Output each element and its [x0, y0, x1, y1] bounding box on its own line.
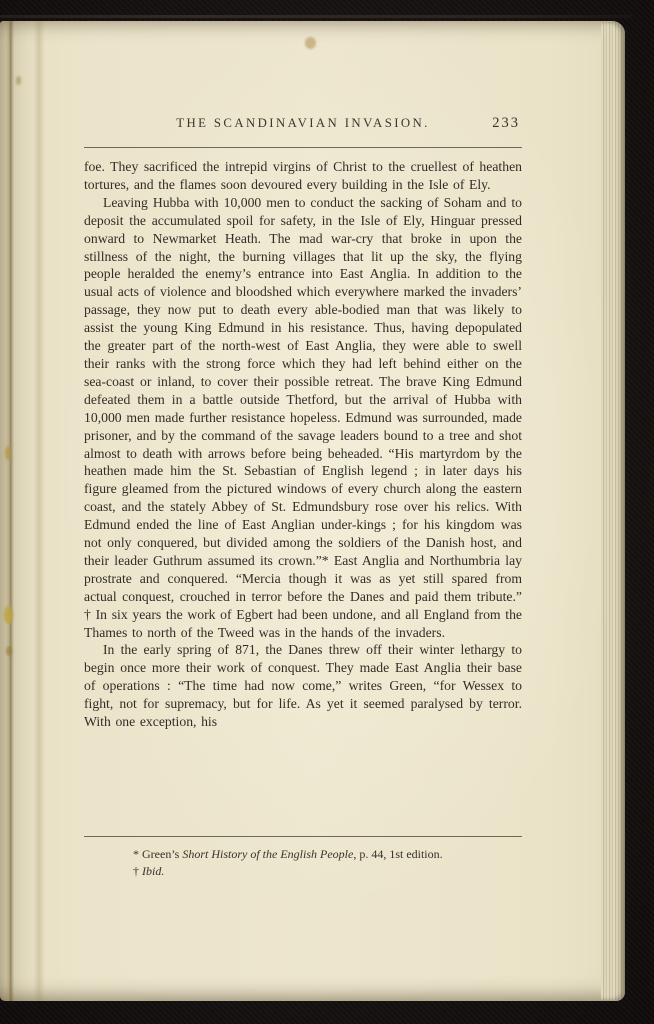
footnote-rule — [84, 836, 522, 837]
page-spot — [16, 76, 21, 85]
body-text: foe. They sacrificed the intrepid virgin… — [84, 158, 522, 822]
footnote-1: * Green’s Short History of the English P… — [133, 846, 522, 863]
footnote-italic-title: Short History of the English People — [182, 847, 353, 861]
cover-edge-ridge — [0, 15, 632, 18]
paragraph-2: Leaving Hubba with 10,000 men to conduct… — [84, 194, 522, 642]
page-crease-left — [6, 21, 14, 1001]
header-rule — [84, 147, 522, 148]
page-stain — [305, 37, 316, 49]
page-content: THE SCANDINAVIAN INVASION. 233 foe. They… — [84, 115, 522, 880]
footnote-text: , p. 44, 1st edition. — [353, 847, 442, 861]
page-spot — [4, 606, 13, 624]
paragraph-1: foe. They sacrificed the intrepid virgin… — [84, 158, 522, 194]
footnote-2: † Ibid. — [133, 863, 522, 880]
page-spot — [5, 446, 11, 460]
page-spot — [6, 646, 12, 656]
page-stack-edge — [601, 22, 625, 1000]
page-crease-inner — [33, 21, 45, 1001]
footnote-italic-title: Ibid. — [142, 864, 164, 878]
paragraph-3: In the early spring of 871, the Danes th… — [84, 641, 522, 731]
page-number: 233 — [492, 115, 520, 132]
footnote-text: Green’s — [139, 847, 182, 861]
page-header: THE SCANDINAVIAN INVASION. 233 — [84, 115, 522, 132]
header-title: THE SCANDINAVIAN INVASION. — [84, 115, 522, 132]
footnotes: * Green’s Short History of the English P… — [84, 846, 522, 880]
book-page: THE SCANDINAVIAN INVASION. 233 foe. They… — [0, 21, 625, 1001]
book-cover: THE SCANDINAVIAN INVASION. 233 foe. They… — [0, 0, 654, 1024]
